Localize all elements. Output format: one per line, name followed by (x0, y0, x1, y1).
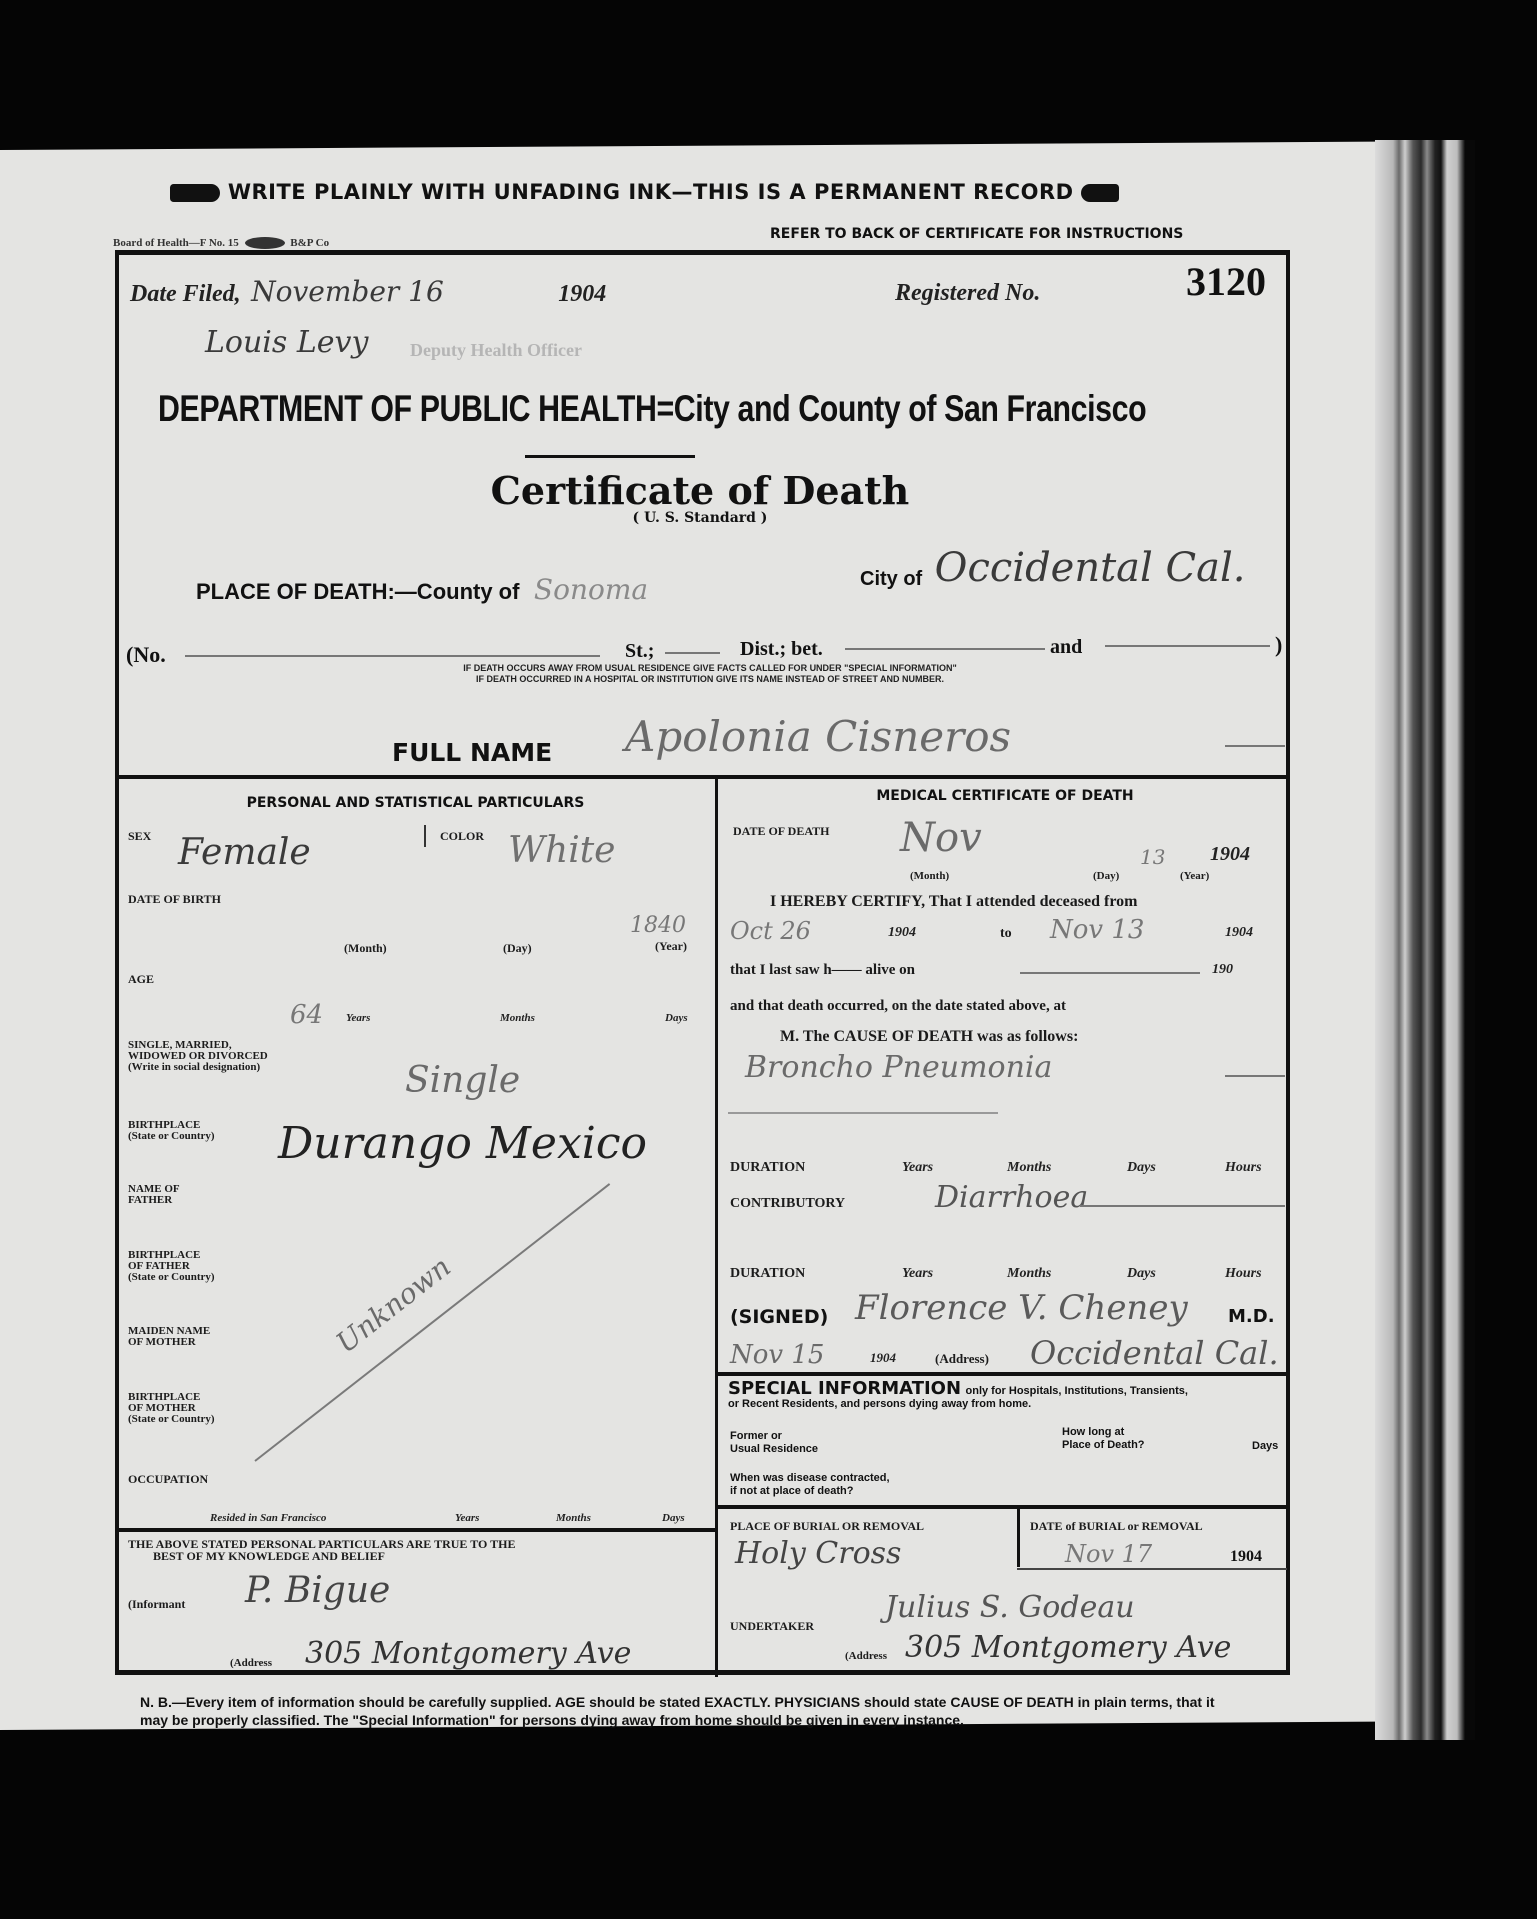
dob-label: DATE OF BIRTH (128, 893, 221, 905)
dist-line (845, 648, 1045, 650)
place-note: IF DEATH OCCURS AWAY FROM USUAL RESIDENC… (260, 663, 1160, 685)
dod-month-label: (Month) (910, 870, 949, 882)
dod-day-value: 13 (1140, 845, 1165, 869)
informant-divider (115, 1528, 717, 1532)
dod-day-label: (Day) (1093, 870, 1119, 882)
printer-text: B&P Co (290, 237, 329, 249)
header-banner: WRITE PLAINLY WITH UNFADING INK—THIS IS … (170, 180, 1119, 204)
cause-value: Broncho Pneumonia (745, 1050, 1052, 1085)
duration-months-label: Months (1007, 1160, 1051, 1176)
burial-divider (717, 1505, 1290, 1509)
title-divider (525, 455, 695, 458)
dod-month-value: Nov (900, 815, 982, 861)
father-birthplace-label: BIRTHPLACE OF FATHER (State or Country) (128, 1250, 215, 1283)
medical-section-title: MEDICAL CERTIFICATE OF DEATH (720, 788, 1290, 804)
special-divider (717, 1372, 1290, 1376)
undertaker-address: 305 Montgomery Ave (905, 1630, 1231, 1665)
age-years-label: Years (346, 1012, 370, 1024)
banner-text: WRITE PLAINLY WITH UNFADING INK—THIS IS … (228, 180, 1074, 204)
informant-statement: THE ABOVE STATED PERSONAL PARTICULARS AR… (128, 1538, 515, 1562)
dist-label: Dist.; bet. (740, 638, 823, 661)
special-subtitle: or Recent Residents, and persons dying a… (728, 1398, 1031, 1410)
age-label: AGE (128, 973, 154, 985)
birthplace-label-line-2: (State or Country) (128, 1131, 215, 1142)
place-of-death-label: PLACE OF DEATH:—County of (196, 579, 519, 604)
registered-label: Registered No. (895, 280, 1040, 307)
attended-to-value: Nov 13 (1050, 915, 1144, 945)
close-paren: ) (1275, 632, 1282, 658)
informant-statement-line-2: BEST OF MY KNOWLEDGE AND BELIEF (128, 1550, 515, 1562)
special-title: SPECIAL INFORMATION (728, 1378, 961, 1399)
sex-color-divider (424, 825, 426, 847)
age-months-label: Months (500, 1012, 535, 1024)
full-name-line (1225, 745, 1285, 747)
resided-label: Resided in San Francisco (210, 1512, 326, 1524)
contracted-label: When was disease contracted, if not at p… (730, 1472, 890, 1498)
physician-signature: Florence V. Cheney (855, 1288, 1188, 1328)
last-saw-text: that I last saw h—— alive on (730, 962, 915, 979)
personal-section-title: PERSONAL AND STATISTICAL PARTICULARS (118, 795, 713, 811)
burial-date-label: DATE of BURIAL or REMOVAL (1030, 1520, 1203, 1532)
city-row: City of Occidental Cal. (860, 545, 1246, 591)
father-bp-line-3: (State or Country) (128, 1272, 215, 1283)
informant-name: P. Bigue (245, 1570, 390, 1611)
last-saw-line (1020, 972, 1200, 974)
city-label: City of (860, 568, 922, 590)
marital-value: Single (405, 1060, 520, 1101)
full-name-value: Apolonia Cisneros (625, 712, 1011, 761)
physician-address: Occidental Cal. (1030, 1334, 1279, 1372)
duration-years-label: Years (902, 1160, 933, 1176)
duration-2-hours-label: Hours (1225, 1266, 1262, 1282)
column-divider (715, 777, 718, 1677)
contracted-line-1: When was disease contracted, (730, 1472, 890, 1485)
attended-to-year: 1904 (1225, 925, 1253, 941)
place-of-death-row: PLACE OF DEATH:—County of Sonoma (196, 573, 648, 606)
city-value: Occidental Cal. (935, 545, 1246, 591)
resided-years-label: Years (455, 1512, 479, 1524)
burial-column-divider (1017, 1507, 1020, 1567)
county-value: Sonoma (534, 573, 648, 606)
duration-label-2: DURATION (730, 1268, 805, 1280)
duration-2-months-label: Months (1007, 1266, 1051, 1282)
undertaker-address-label: (Address (845, 1650, 887, 1662)
signed-date: Nov 15 (730, 1340, 824, 1370)
informant-address-label: (Address (230, 1657, 272, 1669)
duration-2-years-label: Years (902, 1266, 933, 1282)
father-name-label: NAME OF FATHER (128, 1184, 180, 1206)
registered-number: 3120 (1186, 258, 1266, 305)
mother-label-line-2: OF MOTHER (128, 1337, 210, 1348)
resided-days-label: Days (662, 1512, 685, 1524)
attended-to-label: to (1000, 928, 1012, 940)
date-filed-year: 1904 (558, 281, 606, 307)
and-label: and (1050, 636, 1082, 659)
department-title: DEPARTMENT OF PUBLIC HEALTH=City and Cou… (158, 388, 1146, 430)
st-line (665, 652, 720, 654)
duration-hours-label: Hours (1225, 1160, 1262, 1176)
burial-date-line (1017, 1568, 1287, 1570)
dob-year-value: 1840 (630, 913, 686, 938)
footnote: N. B.—Every item of information should b… (140, 1693, 1220, 1729)
sex-label: SEX (128, 830, 151, 842)
pointing-hand-icon (1081, 184, 1119, 202)
pointing-hand-icon (170, 184, 220, 202)
mother-name-label: MAIDEN NAME OF MOTHER (128, 1326, 210, 1348)
father-label-line-2: FATHER (128, 1195, 180, 1206)
certificate-standard: ( U. S. Standard ) (0, 510, 1400, 526)
certify-text: I HEREBY CERTIFY, That I attended deceas… (770, 893, 1137, 911)
cause-label: M. The CAUSE OF DEATH was as follows: (780, 1028, 1078, 1046)
dob-month-label: (Month) (344, 942, 387, 954)
dod-label: DATE OF DEATH (733, 825, 829, 837)
certificate-title: Certificate of Death (0, 468, 1400, 513)
and-line (1105, 645, 1270, 647)
signed-label: (SIGNED) (730, 1306, 828, 1328)
color-label: COLOR (440, 830, 484, 842)
marital-label: SINGLE, MARRIED, WIDOWED OR DIVORCED (Wr… (128, 1040, 268, 1073)
birthplace-label: BIRTHPLACE (State or Country) (128, 1120, 215, 1142)
contributory-line (1080, 1205, 1285, 1207)
signed-year: 1904 (870, 1350, 896, 1366)
duration-days-label: Days (1127, 1160, 1156, 1176)
date-filed-label: Date Filed, (130, 281, 241, 307)
sex-value: Female (178, 832, 311, 873)
occupation-label: OCCUPATION (128, 1473, 208, 1485)
special-info-header: SPECIAL INFORMATION only for Hospitals, … (728, 1378, 1188, 1399)
former-label-line-1: Former or (730, 1430, 818, 1443)
age-years-value: 64 (290, 1000, 323, 1030)
undertaker-name: Julius S. Godeau (885, 1590, 1135, 1625)
date-filed-row: Date Filed, November 16 1904 (130, 275, 606, 308)
street-no-line (185, 655, 600, 657)
contracted-line-2: if not at place of death? (730, 1485, 890, 1498)
former-residence-label: Former or Usual Residence (730, 1430, 818, 1456)
how-long-label: How long at Place of Death? (1062, 1426, 1145, 1452)
how-long-line-1: How long at (1062, 1426, 1145, 1439)
street-no-label: (No. (126, 642, 166, 668)
cause-line-2 (728, 1112, 998, 1114)
duration-2-days-label: Days (1127, 1266, 1156, 1282)
special-title-rest: only for Hospitals, Institutions, Transi… (966, 1385, 1188, 1397)
occurred-text: and that death occurred, on the date sta… (730, 998, 1066, 1015)
burial-year: 1904 (1230, 1548, 1262, 1566)
marital-label-line-3: (Write in social designation) (128, 1062, 268, 1073)
certificate-form-box (115, 250, 1290, 1675)
contributory-label: CONTRIBUTORY (730, 1198, 845, 1210)
attended-from-value: Oct 26 (730, 917, 811, 945)
color-value: White (508, 830, 615, 871)
birthplace-value: Durango Mexico (278, 1118, 647, 1169)
refer-instructions: REFER TO BACK OF CERTIFICATE FOR INSTRUC… (770, 226, 1183, 242)
informant-label: (Informant (128, 1598, 185, 1610)
deputy-stamp: Deputy Health Officer (410, 340, 582, 361)
dod-year-value: 1904 (1210, 843, 1250, 866)
mother-birthplace-label: BIRTHPLACE OF MOTHER (State or Country) (128, 1392, 215, 1425)
mother-bp-line-3: (State or Country) (128, 1414, 215, 1425)
contributory-value: Diarrhoea (935, 1180, 1088, 1215)
last-saw-year: 190 (1212, 962, 1233, 978)
dob-day-label: (Day) (503, 942, 532, 954)
md-label: M.D. (1228, 1306, 1275, 1327)
burial-place-label: PLACE OF BURIAL OR REMOVAL (730, 1520, 924, 1532)
duration-label: DURATION (730, 1162, 805, 1174)
former-label-line-2: Usual Residence (730, 1443, 818, 1456)
dob-year-label: (Year) (655, 940, 687, 952)
date-filed-value: November 16 (251, 275, 444, 308)
burial-place-value: Holy Cross (735, 1536, 901, 1571)
union-label-icon (245, 237, 285, 249)
attended-from-year: 1904 (888, 925, 916, 941)
how-long-days-label: Days (1252, 1440, 1278, 1452)
resided-months-label: Months (556, 1512, 591, 1524)
form-number: Board of Health—F No. 15 B&P Co (113, 237, 329, 249)
dod-year-label: (Year) (1180, 870, 1209, 882)
burial-date-value: Nov 17 (1065, 1540, 1152, 1568)
informant-address: 305 Montgomery Ave (305, 1636, 631, 1671)
age-days-label: Days (665, 1012, 688, 1024)
place-note-line-1: IF DEATH OCCURS AWAY FROM USUAL RESIDENC… (260, 663, 1160, 674)
place-note-line-2: IF DEATH OCCURRED IN A HOSPITAL OR INSTI… (260, 674, 1160, 685)
how-long-line-2: Place of Death? (1062, 1439, 1145, 1452)
book-spine-edge (1375, 140, 1475, 1740)
section-divider (115, 775, 1290, 779)
cause-line (1225, 1075, 1285, 1077)
st-label: St.; (625, 640, 654, 663)
full-name-label: FULL NAME (392, 738, 552, 767)
form-number-text: Board of Health—F No. 15 (113, 237, 239, 249)
physician-address-label: (Address) (935, 1353, 989, 1365)
deputy-signature: Louis Levy (205, 325, 368, 360)
undertaker-label: UNDERTAKER (730, 1620, 814, 1632)
